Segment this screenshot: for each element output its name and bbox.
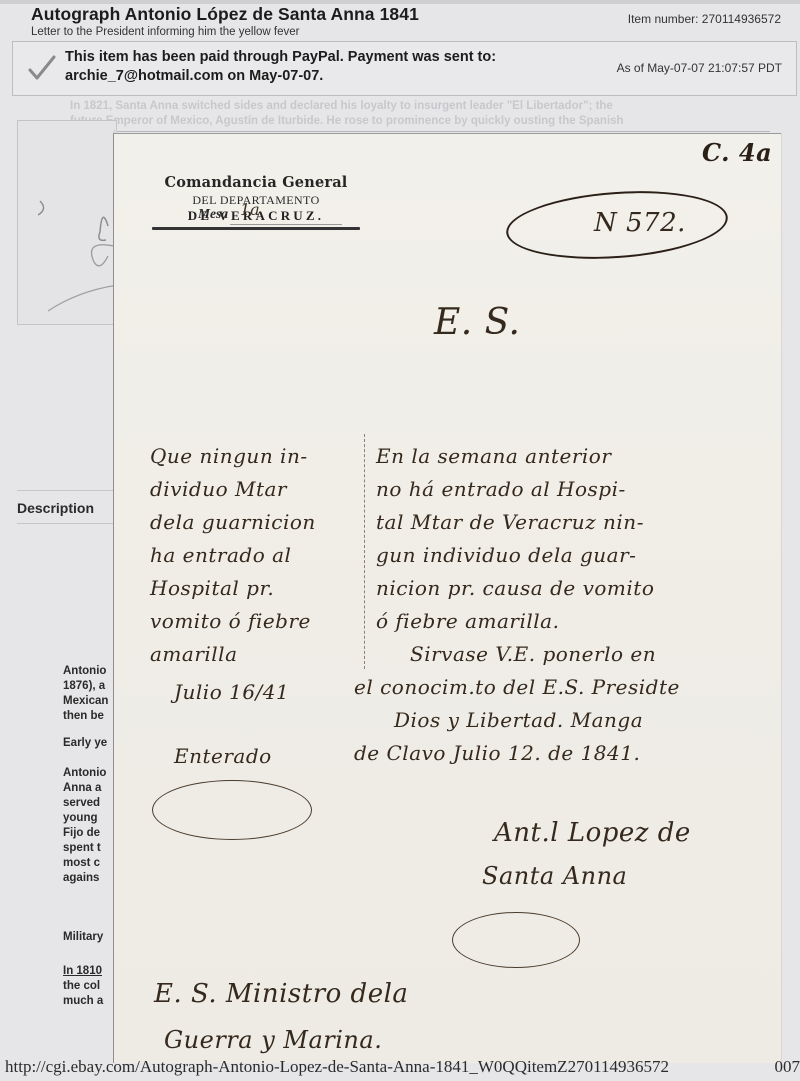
- right-column-line: ó fiebre amarilla.: [376, 609, 559, 633]
- section-heading-military: Military: [63, 930, 115, 945]
- item-number: Item number: 270114936572: [628, 12, 781, 26]
- right-column-line: Dios y Libertad. Manga: [394, 708, 643, 732]
- left-column-line: Que ningun in-: [150, 444, 308, 468]
- received-date-note: Julio 16/41: [174, 680, 289, 704]
- right-column-line: tal Mtar de Veracruz nin-: [376, 510, 644, 534]
- left-column-line: dividuo Mtar: [150, 477, 287, 501]
- page-url[interactable]: http://cgi.ebay.com/Autograph-Antonio-Lo…: [0, 1052, 800, 1081]
- letter-image: Comandancia General DEL DEPARTAMENTO DE …: [113, 133, 781, 1063]
- enterado-note: Enterado: [174, 744, 272, 768]
- left-column-line: amarilla: [150, 642, 238, 666]
- payment-message-line2: archie_7@hotmail.com on May-07-07.: [65, 67, 565, 86]
- right-column-line: nicion pr. causa de vomito: [376, 576, 654, 600]
- description-paragraph-1: Antonio 1876), a Mexican then be: [63, 664, 115, 724]
- description-bottom-rule: [17, 523, 117, 524]
- right-column-line: Sirvase V.E. ponerlo en: [410, 642, 656, 666]
- faded-bio-line-2: future Emperor of Mexico, Agustín de Itu…: [70, 114, 770, 129]
- rubric-flourish-left: [152, 780, 312, 840]
- addressee-line-2: Guerra y Marina.: [164, 1026, 382, 1054]
- right-column-line: gun individuo dela guar-: [376, 543, 636, 567]
- payment-message: This item has been paid through PayPal. …: [65, 48, 565, 86]
- greeting: E. S.: [434, 302, 521, 343]
- mesa-label: Mesa: [198, 206, 228, 222]
- right-column-line: de Clavo Julio 12. de 1841.: [354, 741, 640, 765]
- letterhead-rule: [152, 227, 360, 230]
- faded-bio-line-1: In 1821, Santa Anna switched sides and d…: [70, 99, 770, 114]
- letter-number: N 572.: [594, 208, 686, 238]
- payment-message-line1: This item has been paid through PayPal. …: [65, 48, 565, 67]
- right-column-line: el conocim.to del E.S. Presidte: [354, 675, 680, 699]
- description-paragraph-2: Antonio Anna a served young Fijo de spen…: [63, 766, 115, 886]
- left-column-line: vomito ó fiebre: [150, 609, 311, 633]
- right-column-line: no há entrado al Hospi-: [376, 477, 626, 501]
- payment-timestamp: As of May-07-07 21:07:57 PDT: [617, 61, 782, 75]
- description-paragraph-3: In 1810 the col much a: [63, 964, 115, 1009]
- print-date-fragment: 007: [775, 1052, 800, 1081]
- description-top-rule: [17, 490, 117, 491]
- checkmark-icon: [27, 54, 57, 82]
- signature-flourish: [452, 912, 580, 968]
- mesa-rule: [230, 224, 342, 225]
- item-subtitle: Letter to the President informing him th…: [31, 26, 299, 38]
- left-column-line: ha entrado al: [150, 543, 291, 567]
- payment-notice: This item has been paid through PayPal. …: [12, 41, 797, 96]
- mesa-value: 1a: [240, 200, 260, 219]
- item-title: Autograph Antonio López de Santa Anna 18…: [31, 4, 419, 25]
- left-column-line: dela guarnicion: [150, 510, 316, 534]
- addressee-line-1: E. S. Ministro dela: [154, 979, 408, 1009]
- item-photo-thumbnail[interactable]: [17, 120, 117, 325]
- signature-line-1: Ant.l Lopez de: [494, 818, 691, 848]
- description-heading: Description: [17, 500, 94, 516]
- right-column-line: En la semana anterior: [376, 444, 611, 468]
- section-heading-early-years: Early ye: [63, 736, 115, 751]
- divider: [110, 131, 770, 132]
- corner-mark: C. 4a: [702, 138, 772, 167]
- left-column-line: Hospital pr.: [150, 576, 274, 600]
- letterhead-line-1: Comandancia General: [150, 174, 362, 191]
- signature-line-2: Santa Anna: [482, 862, 627, 890]
- signature-thumbnail-icon: [18, 121, 118, 326]
- column-divider: [364, 434, 365, 669]
